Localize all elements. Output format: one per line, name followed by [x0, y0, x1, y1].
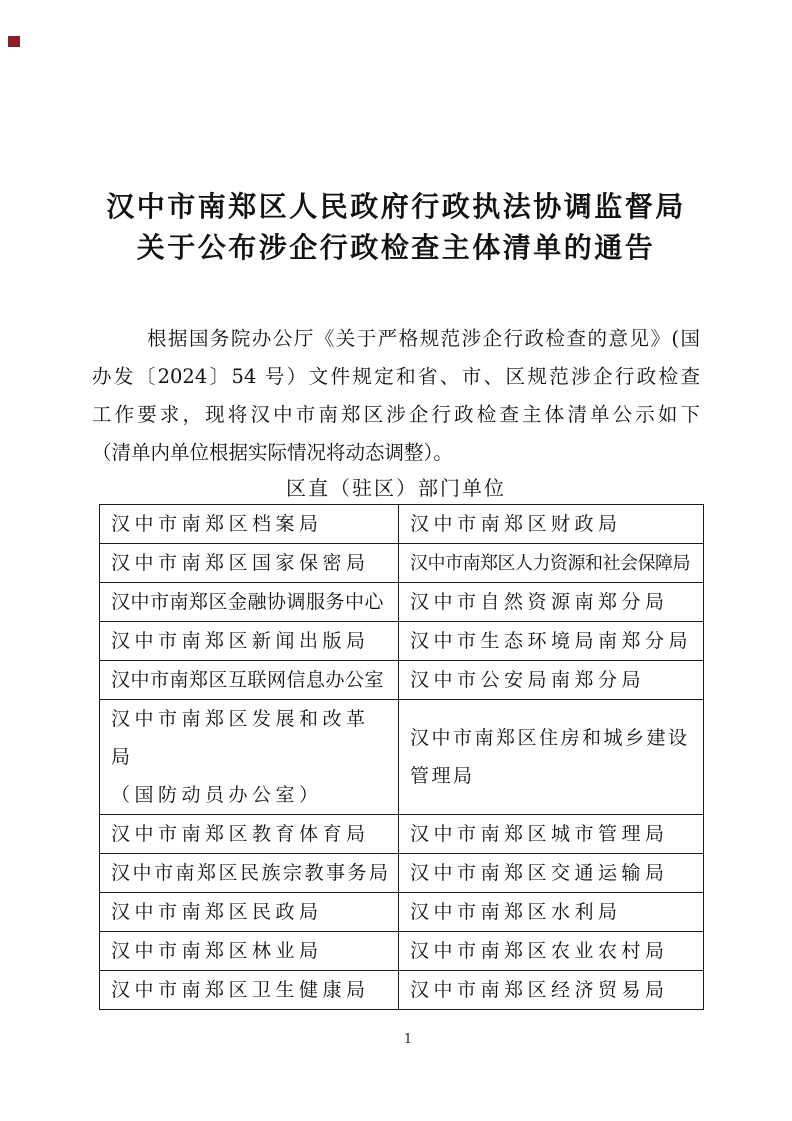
table-row: 汉中市南郑区卫生健康局汉中市南郑区经济贸易局 — [100, 971, 704, 1010]
table-cell-left: 汉中市南郑区卫生健康局 — [100, 971, 399, 1010]
table-cell-right: 汉中市生态环境局南郑分局 — [399, 622, 704, 661]
table-cell-right: 汉中市南郑区农业农村局 — [399, 932, 704, 971]
page-number: 1 — [0, 1030, 792, 1050]
table-cell-left: 汉中市南郑区档案局 — [100, 505, 399, 544]
table-cell-right: 汉中市自然资源南郑分局 — [399, 583, 704, 622]
table-cell-left: 汉中市南郑区互联网信息办公室 — [100, 661, 399, 700]
table-cell-left: 汉中市南郑区国家保密局 — [100, 544, 399, 583]
title-line: 汉中市南郑区人民政府行政执法协调监督局 — [92, 186, 700, 227]
table-row: 汉中市南郑区新闻出版局汉中市生态环境局南郑分局 — [100, 622, 704, 661]
paragraph-line: 工作要求，现将汉中市南郑区涉企行政检查主体清单公示如下 — [92, 396, 700, 434]
table-cell-left: 汉中市南郑区教育体育局 — [100, 815, 399, 854]
table-row: 汉中市南郑区民族宗教事务局汉中市南郑区交通运输局 — [100, 854, 704, 893]
paragraph-line: 根据国务院办公厅《关于严格规范涉企行政检查的意见》(国 — [92, 320, 700, 358]
table-caption: 区直（驻区）部门单位 — [92, 476, 700, 501]
table-cell-left: 汉中市南郑区发展和改革局 （国防动员办公室） — [100, 700, 399, 815]
table-cell-right: 汉中市南郑区住房和城乡建设 管理局 — [399, 700, 704, 815]
table-cell-left: 汉中市南郑区民政局 — [100, 893, 399, 932]
table-cell-right: 汉中市南郑区人力资源和社会保障局 — [399, 544, 704, 583]
table-row: 汉中市南郑区互联网信息办公室汉中市公安局南郑分局 — [100, 661, 704, 700]
table-cell-right: 汉中市南郑区财政局 — [399, 505, 704, 544]
paragraph-line: （清单内单位根据实际情况将动态调整）。 — [92, 434, 700, 472]
departments-table-body: 汉中市南郑区档案局汉中市南郑区财政局汉中市南郑区国家保密局汉中市南郑区人力资源和… — [100, 505, 704, 1010]
table-cell-left: 汉中市南郑区民族宗教事务局 — [100, 854, 399, 893]
document-page: 汉中市南郑区人民政府行政执法协调监督局关于公布涉企行政检查主体清单的通告 根据国… — [0, 0, 792, 1121]
table-row: 汉中市南郑区国家保密局汉中市南郑区人力资源和社会保障局 — [100, 544, 704, 583]
body-paragraph: 根据国务院办公厅《关于严格规范涉企行政检查的意见》(国办发〔2024〕54 号）… — [92, 320, 700, 472]
table-row: 汉中市南郑区档案局汉中市南郑区财政局 — [100, 505, 704, 544]
table-cell-left: 汉中市南郑区林业局 — [100, 932, 399, 971]
corner-seal-mark — [8, 36, 20, 47]
table-cell-right: 汉中市公安局南郑分局 — [399, 661, 704, 700]
table-row: 汉中市南郑区发展和改革局 （国防动员办公室）汉中市南郑区住房和城乡建设 管理局 — [100, 700, 704, 815]
title-line: 关于公布涉企行政检查主体清单的通告 — [92, 227, 700, 268]
departments-table: 汉中市南郑区档案局汉中市南郑区财政局汉中市南郑区国家保密局汉中市南郑区人力资源和… — [99, 504, 704, 1010]
table-cell-left: 汉中市南郑区新闻出版局 — [100, 622, 399, 661]
table-cell-right: 汉中市南郑区水利局 — [399, 893, 704, 932]
document-title: 汉中市南郑区人民政府行政执法协调监督局关于公布涉企行政检查主体清单的通告 — [92, 0, 700, 268]
table-row: 汉中市南郑区教育体育局汉中市南郑区城市管理局 — [100, 815, 704, 854]
table-row: 汉中市南郑区林业局汉中市南郑区农业农村局 — [100, 932, 704, 971]
table-cell-left: 汉中市南郑区金融协调服务中心 — [100, 583, 399, 622]
table-cell-right: 汉中市南郑区交通运输局 — [399, 854, 704, 893]
table-row: 汉中市南郑区金融协调服务中心汉中市自然资源南郑分局 — [100, 583, 704, 622]
table-cell-right: 汉中市南郑区经济贸易局 — [399, 971, 704, 1010]
table-cell-right: 汉中市南郑区城市管理局 — [399, 815, 704, 854]
table-row: 汉中市南郑区民政局汉中市南郑区水利局 — [100, 893, 704, 932]
paragraph-line: 办发〔2024〕54 号）文件规定和省、市、区规范涉企行政检查 — [92, 358, 700, 396]
